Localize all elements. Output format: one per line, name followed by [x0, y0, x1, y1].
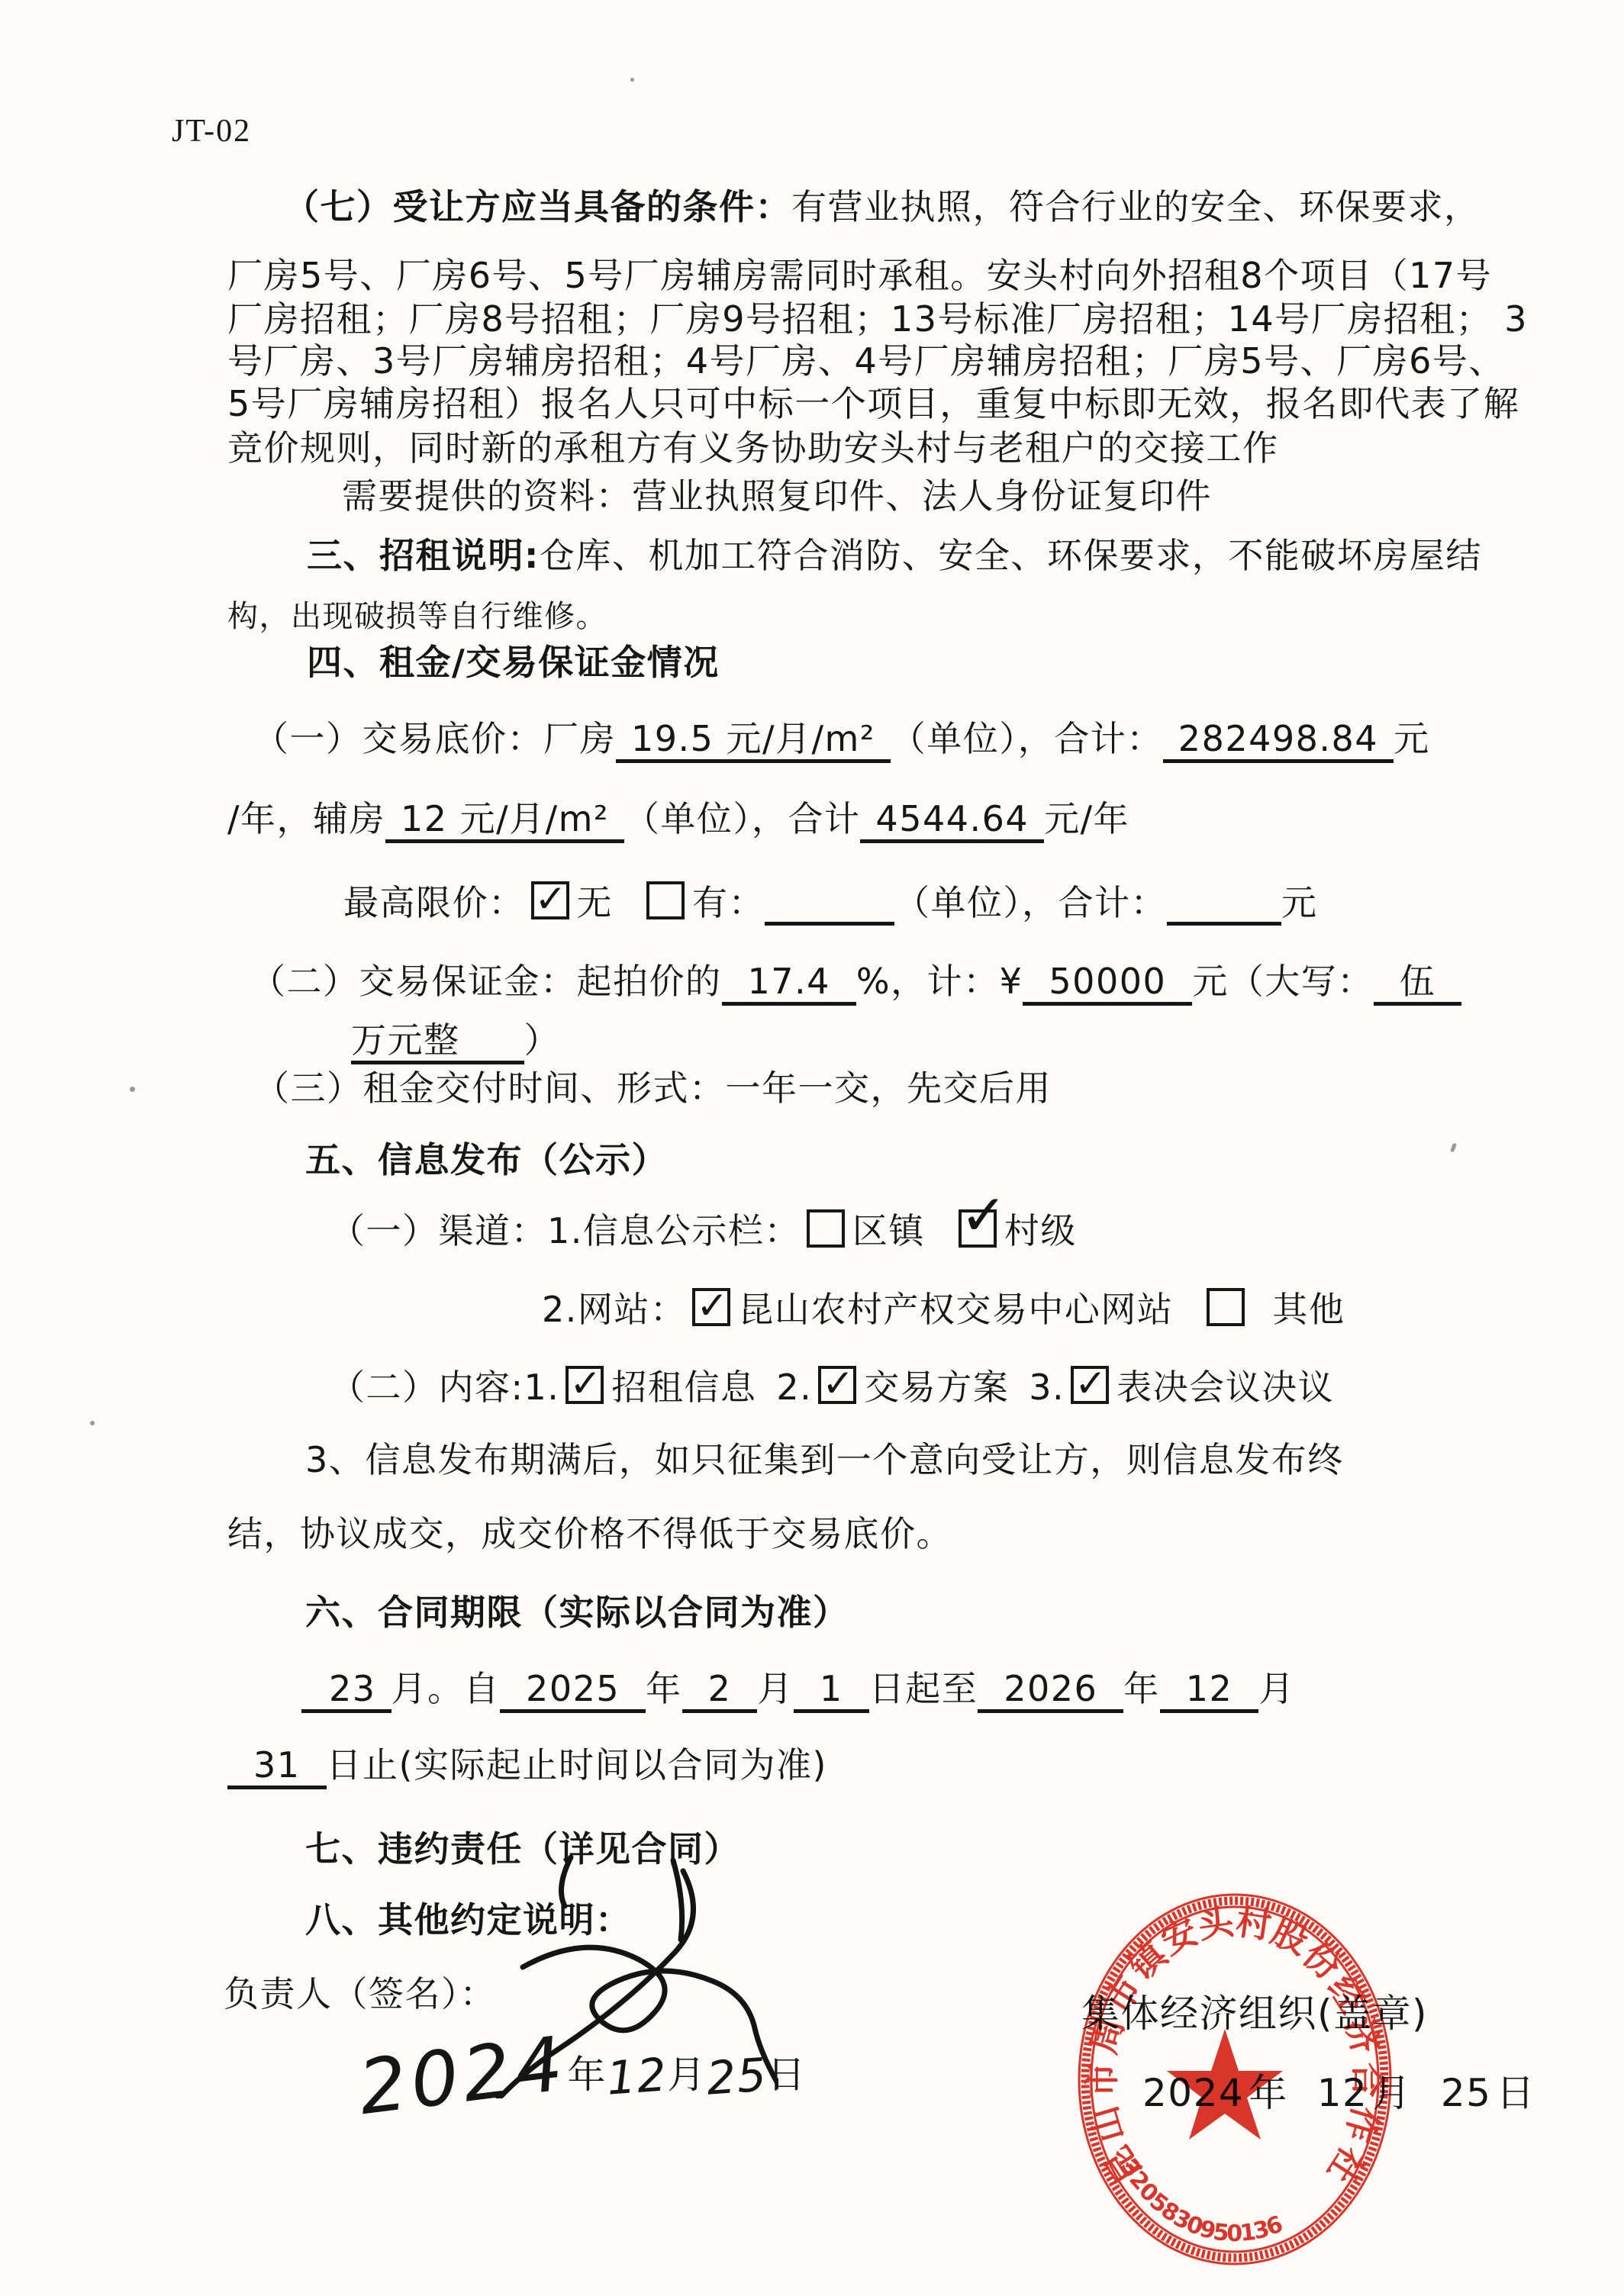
signature-date-year-char: 年	[567, 2053, 607, 2097]
term-months-field: 23	[301, 1668, 391, 1713]
checkbox-rent-info-checked: ✓	[565, 1366, 604, 1404]
website-pre: 2.网站：	[542, 1289, 686, 1330]
content-n3: 3.	[1029, 1367, 1065, 1408]
checkbox-trade-plan-checked: ✓	[818, 1366, 856, 1404]
sec5-note-line-2: 结，协议成交，成交价格不得低于交易底价。	[227, 1512, 952, 1557]
factory-rate-unit: 元/月/m²	[727, 718, 875, 759]
base-price-pre: （一）交易底价：厂房	[253, 718, 616, 759]
sec3-line-1: 三、招租说明:仓库、机加工符合消防、安全、环保要求，不能破坏房屋结	[307, 534, 1482, 578]
deposit-capital-word-2: 万元整	[351, 1019, 524, 1064]
sec7-body-line-3: 号厂房、3号厂房辅房招租；4号厂房、4号厂房辅房招租；厂房5号、厂房6号、	[227, 340, 1505, 384]
red-official-seal: 昆山市周市镇安头村股份经济合作社3205830950136	[1068, 1887, 1404, 2284]
aux-price-tail: 元/年	[1044, 798, 1129, 839]
content-line: （二）内容:1.✓招租信息2.✓交易方案3.✓表决会议决议	[330, 1366, 1334, 1410]
signature-date: 2024年12月25日	[359, 2039, 807, 2114]
cap-tail: 元	[1281, 882, 1318, 923]
cap-has-label: 有：	[692, 882, 765, 923]
scan-speck	[630, 78, 634, 82]
sec7-heading: （七）受让方应当具备的条件：	[284, 186, 791, 227]
content-item-3: 表决会议决议	[1116, 1367, 1334, 1408]
signature-date-year: 2024	[355, 2027, 571, 2127]
checkbox-vote-resolution-checked: ✓	[1071, 1366, 1109, 1404]
deposit-mid1: %，计：¥	[856, 961, 1023, 1002]
svg-text:济: 济	[1338, 2013, 1387, 2058]
deposit-mid2: 元（大写：	[1192, 961, 1374, 1002]
term-t2: 年	[646, 1668, 682, 1709]
checkbox-other-site-unchecked	[1207, 1288, 1245, 1326]
cap-total-blank	[1167, 887, 1281, 926]
deposit-line-1: （二）交易保证金：起拍价的17.4%，计：¥50000元（大写：伍	[250, 960, 1461, 1004]
deposit-capital-word-1: 伍	[1374, 961, 1462, 1006]
check-icon: ✓	[1075, 1360, 1107, 1408]
factory-total-field: 282498.84	[1163, 718, 1394, 763]
factory-rate-value: 19.5	[631, 718, 714, 759]
checkbox-cap-has-unchecked	[646, 881, 685, 919]
seal-star-icon	[1167, 2029, 1283, 2140]
content-item-2: 交易方案	[864, 1367, 1009, 1408]
svg-text:村: 村	[1233, 1901, 1274, 1947]
scan-speck	[90, 1421, 95, 1425]
deposit-percent-field: 17.4	[722, 961, 856, 1006]
website-line: 2.网站：✓昆山农村产权交易中心网站其他	[542, 1288, 1345, 1332]
content-pre: （二）内容:1.	[330, 1367, 559, 1408]
term-end-year: 2026	[978, 1668, 1123, 1713]
scanned-document-page: JT-02 （七）受让方应当具备的条件：有营业执照，符合行业的安全、环保要求， …	[0, 0, 1624, 2296]
term-start-year: 2025	[500, 1668, 646, 1713]
check-icon: ✓	[960, 1180, 1009, 1251]
svg-text:市: 市	[1081, 2063, 1123, 2098]
sec7-body-line-5: 竞价规则，同时新的承租方有义务协助安头村与老租户的交接工作	[227, 427, 1279, 471]
aux-total-field: 4544.64	[860, 798, 1044, 843]
payment-line: （三）租金交付时间、形式：一年一交，先交后用	[254, 1067, 1052, 1111]
website-site-label: 昆山农村产权交易中心网站	[738, 1289, 1173, 1330]
base-price-line-1: （一）交易底价：厂房19.5 元/月/m²（单位），合计：282498.84元	[253, 717, 1430, 762]
term-line-2: 31日止(实际起止时间以合同为准)	[227, 1744, 827, 1788]
cap-amount-blank	[765, 887, 894, 926]
check-icon: ✓	[822, 1360, 855, 1408]
signature-date-day-char: 日	[767, 2053, 807, 2097]
deposit-capital-blank	[460, 1029, 524, 1064]
base-price-line-2: /年，辅房12 元/月/m²（单位），合计4544.64元/年	[227, 797, 1129, 842]
sec7-body-line-2: 厂房招租；厂房8号招租；厂房9号招租；13号标准厂房招租；14号厂房招租； 3	[227, 298, 1528, 342]
checkbox-kunshan-site-checked: ✓	[692, 1288, 730, 1326]
deposit-pre: （二）交易保证金：起拍价的	[250, 961, 722, 1002]
base-price-mid: （单位），合计：	[891, 718, 1163, 759]
scan-speck	[130, 1087, 135, 1092]
signature-date-month-char: 月	[667, 2053, 707, 2097]
sec7-first-line: （七）受让方应当具备的条件：有营业执照，符合行业的安全、环保要求，	[284, 185, 1481, 230]
channel-village-label: 村级	[1004, 1210, 1077, 1251]
sec4-heading: 四、租金/交易保证金情况	[307, 641, 720, 685]
signature-date-day: 25	[705, 2052, 768, 2101]
check-icon: ✓	[535, 875, 568, 923]
deposit-capital-word-2-text: 万元整	[351, 1019, 460, 1061]
content-item-1: 招租信息	[611, 1367, 756, 1408]
channel-line: （一）渠道：1.信息公示栏：区镇✓村级	[330, 1209, 1077, 1254]
aux-price-mid: （单位），合计	[624, 798, 861, 839]
deposit-line-2: 万元整）	[351, 1019, 560, 1064]
sec6-heading: 六、合同期限（实际以合同为准）	[305, 1591, 849, 1635]
term-t5: 年	[1123, 1668, 1160, 1709]
sec3-rest: 仓库、机加工符合消防、安全、环保要求，不能破坏房屋结	[540, 535, 1482, 576]
deposit-amount-field: 50000	[1023, 961, 1192, 1006]
term-t1: 月。自	[391, 1668, 501, 1709]
price-cap-line: 最高限价：✓无有：（单位），合计：元	[343, 881, 1318, 926]
checkbox-cap-none-checked: ✓	[531, 881, 569, 919]
base-price-tail: 元	[1394, 718, 1430, 759]
sec3-line-2: 构，出现破损等自行维修。	[227, 597, 607, 636]
cap-label: 最高限价：	[343, 882, 525, 923]
blank	[376, 1678, 391, 1713]
org-date-day-char: 日	[1497, 2071, 1536, 2115]
sec5-note-line-1: 3、信息发布期满后，如只征集到一个意向受让方，则信息发布终	[305, 1438, 1344, 1483]
aux-rate-field: 12 元/月/m²	[385, 798, 624, 843]
term-t4: 日起至	[869, 1668, 978, 1709]
aux-rate-value: 12	[401, 798, 448, 839]
sec3-heading: 三、招租说明:	[307, 535, 540, 576]
term-start-month: 2	[682, 1668, 758, 1713]
cap-none-label: 无	[577, 882, 614, 923]
sec7-lead: 有营业执照，符合行业的安全、环保要求，	[791, 186, 1481, 227]
term-t3: 月	[757, 1668, 794, 1709]
term-line-1: 23月。自2025年2月1日起至2026年12月	[301, 1667, 1295, 1713]
deposit-tail: ）	[524, 1019, 561, 1061]
aux-price-pre: /年，辅房	[227, 798, 385, 839]
term-start-day: 1	[794, 1668, 869, 1713]
factory-rate-field: 19.5 元/月/m²	[616, 718, 891, 763]
cap-mid: （单位），合计：	[894, 882, 1167, 923]
check-icon: ✓	[696, 1282, 729, 1330]
sec7-materials: 需要提供的资料：营业执照复印件、法人身份证复印件	[342, 475, 1212, 519]
channel-town-label: 区镇	[852, 1210, 925, 1251]
form-code: JT-02	[172, 111, 251, 152]
checkbox-town-unchecked	[807, 1209, 845, 1248]
sec7-body-line-4: 5号厂房辅房招租）报名人只可中标一个项目，重复中标即无效，报名即代表了解	[227, 382, 1519, 427]
sec7-body-line-1: 厂房5号、厂房6号、5号厂房辅房需同时承租。安头村向外招租8个项目（17号	[227, 254, 1492, 298]
term-t6: 月	[1258, 1668, 1295, 1709]
term-end-day: 31	[227, 1744, 327, 1789]
content-n2: 2.	[776, 1367, 812, 1408]
signature-date-month: 12	[605, 2052, 669, 2101]
website-other-label: 其他	[1272, 1289, 1345, 1330]
svg-text:社: 社	[1319, 2139, 1373, 2191]
org-date-day: 25	[1441, 2071, 1492, 2115]
term-end-month: 12	[1160, 1668, 1259, 1713]
blank	[301, 1678, 329, 1713]
check-icon: ✓	[569, 1360, 602, 1408]
checkbox-village-checked: ✓	[959, 1209, 997, 1248]
svg-text:周: 周	[1083, 2013, 1133, 2058]
term-tail: 日止(实际起止时间以合同为准)	[327, 1744, 827, 1786]
scan-speck	[1450, 1143, 1457, 1153]
sec5-heading: 五、信息发布（公示）	[305, 1138, 668, 1183]
svg-text:合: 合	[1347, 2063, 1388, 2098]
channel-pre: （一）渠道：1.信息公示栏：	[330, 1210, 801, 1251]
aux-rate-unit: 元/月/m²	[460, 798, 609, 839]
svg-text:头: 头	[1196, 1901, 1237, 1947]
term-months-value: 23	[329, 1668, 376, 1709]
